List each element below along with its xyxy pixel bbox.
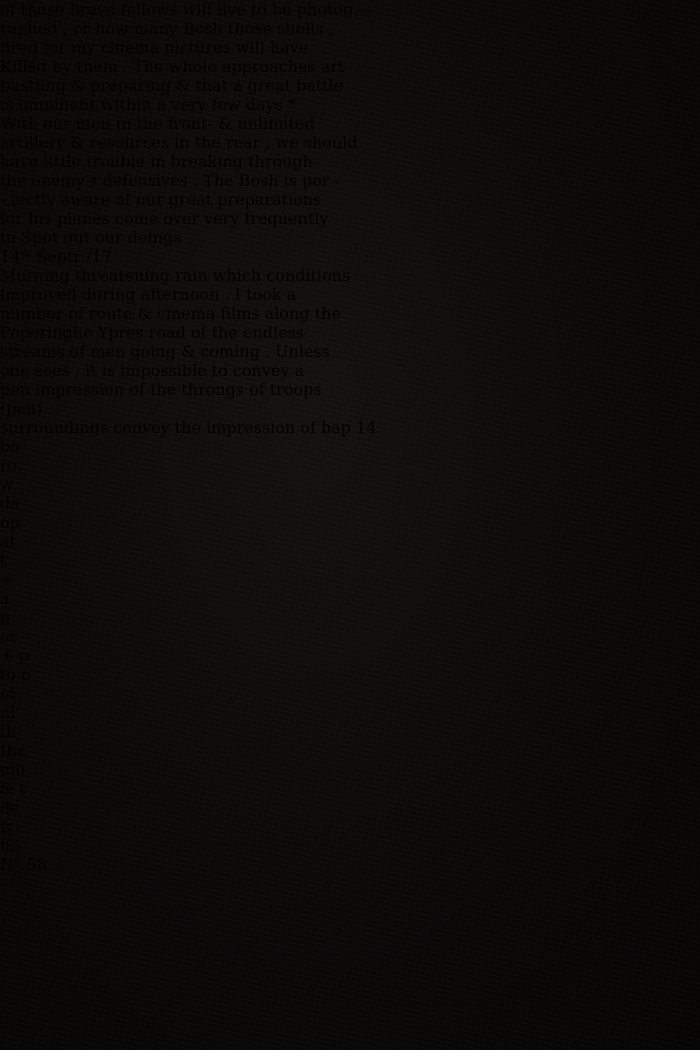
notebook-cover [28, 46, 700, 1000]
manuscript-line: raphed , or how many Bosh those shells , [0, 19, 700, 38]
manuscript-line: of these brave fellows will live to be p… [0, 0, 700, 19]
photograph-of-diary: of these brave fellows will live to be p… [0, 0, 700, 1050]
